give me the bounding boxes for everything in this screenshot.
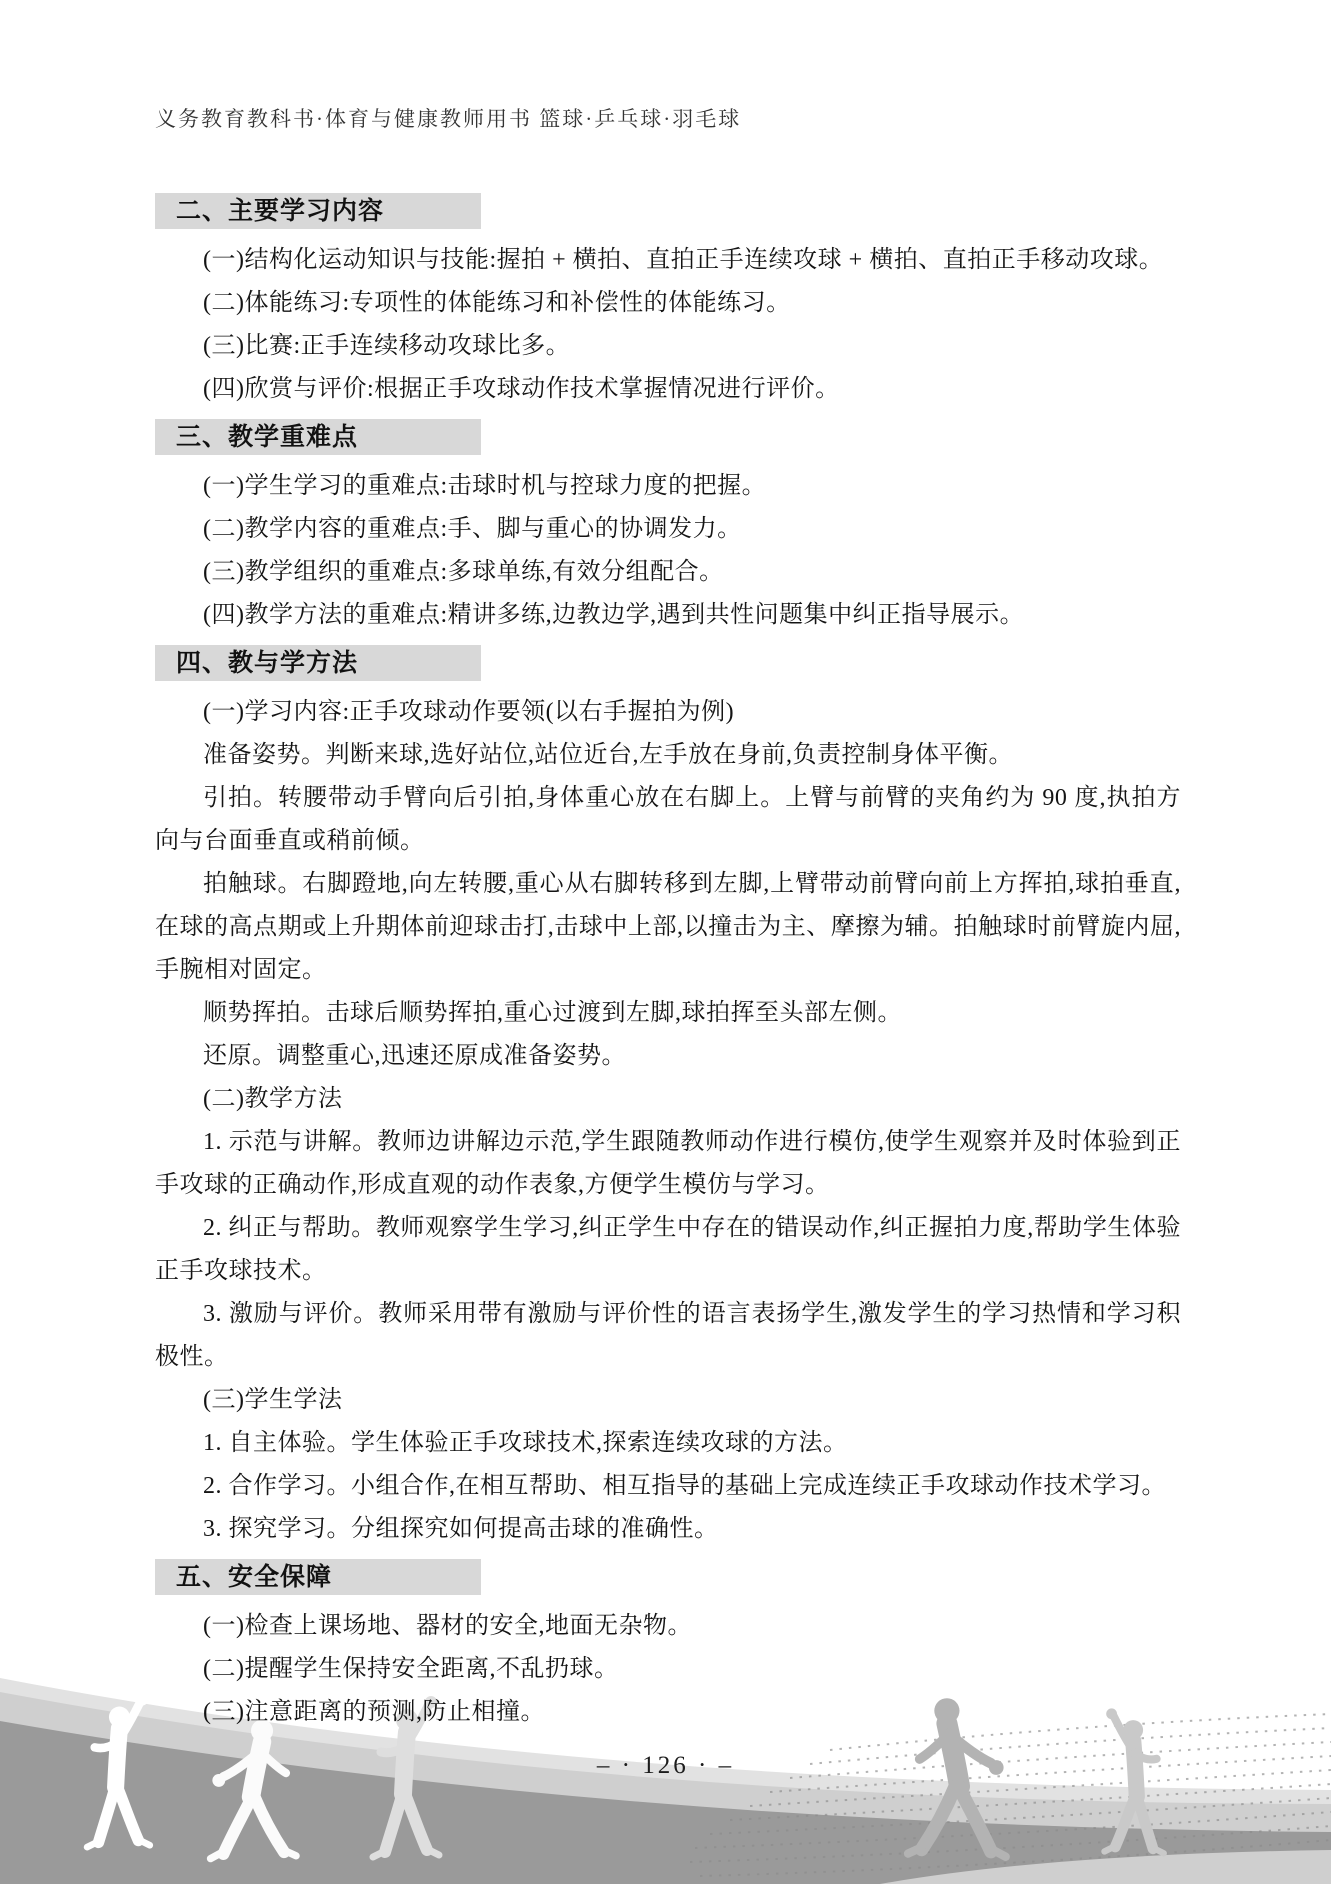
paragraph: (一)检查上课场地、器材的安全,地面无杂物。 bbox=[155, 1605, 1181, 1648]
paragraph: (四)教学方法的重难点:精讲多练,边教边学,遇到共性问题集中纠正指导展示。 bbox=[155, 594, 1181, 637]
paragraph: 还原。调整重心,迅速还原成准备姿势。 bbox=[155, 1035, 1181, 1078]
section-body: (一)学习内容:正手攻球动作要领(以右手握拍为例) 准备姿势。判断来球,选好站位… bbox=[155, 691, 1181, 1551]
paragraph: 3. 激励与评价。教师采用带有激励与评价性的语言表扬学生,激发学生的学习热情和学… bbox=[155, 1293, 1181, 1379]
section-heading: 四、教与学方法 bbox=[155, 645, 481, 681]
paragraph: (三)教学组织的重难点:多球单练,有效分组配合。 bbox=[155, 551, 1181, 594]
book-header: 义务教育教科书·体育与健康教师用书 篮球·乒乓球·羽毛球 bbox=[155, 103, 1181, 135]
paragraph: 顺势挥拍。击球后顺势挥拍,重心过渡到左脚,球拍挥至头部左侧。 bbox=[155, 992, 1181, 1035]
section-body: (一)学生学习的重难点:击球时机与控球力度的把握。 (二)教学内容的重难点:手、… bbox=[155, 465, 1181, 637]
section-heading: 五、安全保障 bbox=[155, 1559, 481, 1595]
paragraph: 拍触球。右脚蹬地,向左转腰,重心从右脚转移到左脚,上臂带动前臂向前上方挥拍,球拍… bbox=[155, 863, 1181, 992]
paragraph: (二)教学内容的重难点:手、脚与重心的协调发力。 bbox=[155, 508, 1181, 551]
paragraph: 2. 纠正与帮助。教师观察学生学习,纠正学生中存在的错误动作,纠正握拍力度,帮助… bbox=[155, 1207, 1181, 1293]
paragraph: 1. 自主体验。学生体验正手攻球技术,探索连续攻球的方法。 bbox=[155, 1422, 1181, 1465]
page-number: – · 126 · – bbox=[0, 1752, 1331, 1780]
paragraph: (三)比赛:正手连续移动攻球比多。 bbox=[155, 325, 1181, 368]
paragraph: (二)提醒学生保持安全距离,不乱扔球。 bbox=[155, 1648, 1181, 1691]
paragraph: (二)体能练习:专项性的体能练习和补偿性的体能练习。 bbox=[155, 282, 1181, 325]
paragraph: (三)学生学法 bbox=[155, 1379, 1181, 1422]
paragraph: 引拍。转腰带动手臂向后引拍,身体重心放在右脚上。上臂与前臂的夹角约为 90 度,… bbox=[155, 777, 1181, 863]
page-content: 义务教育教科书·体育与健康教师用书 篮球·乒乓球·羽毛球 二、主要学习内容 (一… bbox=[0, 0, 1331, 1734]
section-body: (一)检查上课场地、器材的安全,地面无杂物。 (二)提醒学生保持安全距离,不乱扔… bbox=[155, 1605, 1181, 1734]
paragraph: 3. 探究学习。分组探究如何提高击球的准确性。 bbox=[155, 1508, 1181, 1551]
paragraph: (一)学生学习的重难点:击球时机与控球力度的把握。 bbox=[155, 465, 1181, 508]
paragraph: (三)注意距离的预测,防止相撞。 bbox=[155, 1691, 1181, 1734]
paragraph: 准备姿势。判断来球,选好站位,站位近台,左手放在身前,负责控制身体平衡。 bbox=[155, 734, 1181, 777]
paragraph: (二)教学方法 bbox=[155, 1078, 1181, 1121]
paragraph: 2. 合作学习。小组合作,在相互帮助、相互指导的基础上完成连续正手攻球动作技术学… bbox=[155, 1465, 1181, 1508]
section-heading: 二、主要学习内容 bbox=[155, 193, 481, 229]
paragraph: (一)学习内容:正手攻球动作要领(以右手握拍为例) bbox=[155, 691, 1181, 734]
paragraph: (一)结构化运动知识与技能:握拍 + 横拍、直拍正手连续攻球 + 横拍、直拍正手… bbox=[155, 239, 1181, 282]
paragraph: 1. 示范与讲解。教师边讲解边示范,学生跟随教师动作进行模仿,使学生观察并及时体… bbox=[155, 1121, 1181, 1207]
section-body: (一)结构化运动知识与技能:握拍 + 横拍、直拍正手连续攻球 + 横拍、直拍正手… bbox=[155, 239, 1181, 411]
section-heading: 三、教学重难点 bbox=[155, 419, 481, 455]
paragraph: (四)欣赏与评价:根据正手攻球动作技术掌握情况进行评价。 bbox=[155, 368, 1181, 411]
